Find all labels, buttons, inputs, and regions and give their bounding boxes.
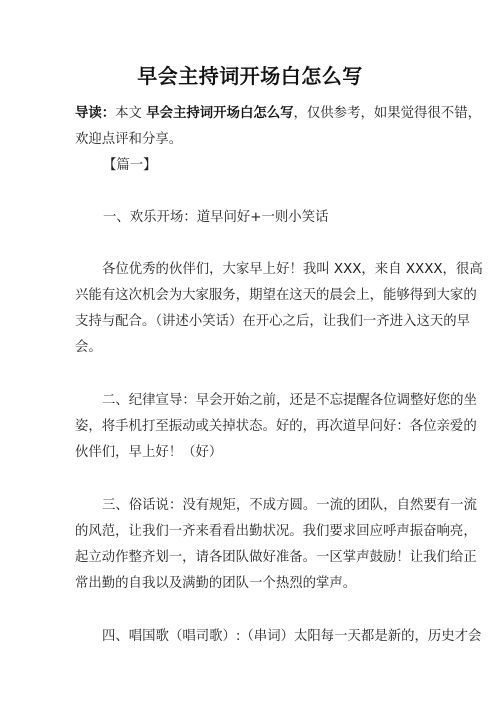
paragraph-1-line-2: 兴能有这次机会为大家服务，期望在这天的晨会上，能够得到大家的 [75, 283, 435, 309]
paragraph-1-line-4: 会。 [75, 335, 435, 361]
paragraph-3-line-2: 的风范，让我们一齐来看看出勤状况。我们要求回应呼声振奋响亮， [75, 519, 435, 545]
paragraph-2-line-2: 姿，将手机打至振动或关掉状态。好的，再次道早问好：各位亲爱的 [75, 414, 435, 440]
paragraph-3-line-1: 三、俗话说：没有规矩，不成方圆。一流的团队，自然要有一流 [75, 493, 435, 519]
paragraph-2-line-3: 伙伴们，早上好！（好） [75, 440, 435, 466]
paragraph-1-line-1: 各位优秀的伙伴们，大家早上好！我叫 XXX，来自 XXXX，很高 [75, 257, 435, 283]
paragraph-1-line-3: 支持与配合。（讲述小笑话）在开心之后，让我们一齐进入这天的早 [75, 309, 435, 335]
intro-bold-title: 早会主持词开场白怎么写 [146, 106, 293, 121]
paragraph-4-line-1: 四、唱国歌（唱司歌）:（串词）太阳每一天都是新的，历史才会 [75, 624, 435, 650]
section-1-heading: 一、欢乐开场：道早问好+一则小笑话 [103, 205, 463, 231]
document-page: 早会主持词开场白怎么写 导读：本文 早会主持词开场白怎么写，仅供参考，如果觉得很… [0, 0, 500, 707]
intro-prefix: 本文 [115, 106, 146, 121]
paragraph-3-line-3: 起立动作整齐划一，请各团队做好准备。一区掌声鼓励！让我们给正 [75, 545, 435, 571]
intro-line-1: 导读：本文 早会主持词开场白怎么写，仅供参考，如果觉得很不错， [75, 101, 435, 127]
intro-line1-rest: ，仅供参考，如果觉得很不错， [294, 106, 481, 121]
paragraph-3-line-4: 常出勤的自我以及满勤的团队一个热烈的掌声。 [75, 571, 435, 597]
part-heading: 【篇一】 [103, 153, 463, 179]
intro-label: 导读： [75, 106, 115, 121]
intro-line-2: 欢迎点评和分享。 [75, 127, 435, 153]
paragraph-2-line-1: 二、纪律宣导：早会开始之前，还是不忘提醒各位调整好您的坐 [75, 388, 435, 414]
document-title: 早会主持词开场白怎么写 [0, 60, 500, 89]
